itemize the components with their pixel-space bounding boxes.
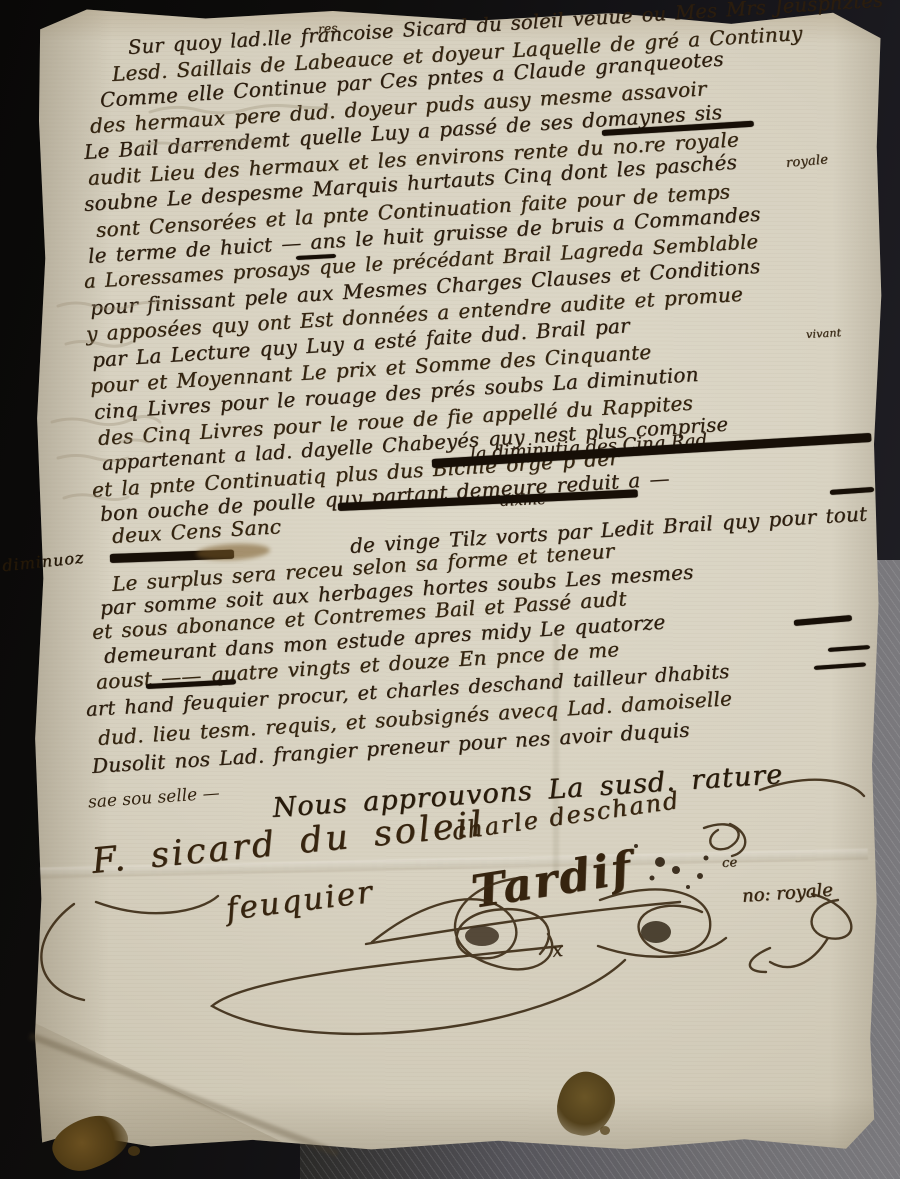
feuquier-ink-blob — [465, 926, 499, 946]
ink-flourishes — [0, 0, 900, 1179]
approval-tail-swash — [760, 780, 864, 796]
signature-under-swash — [212, 946, 625, 1034]
ink-blot-cluster — [634, 844, 709, 889]
royal-flourish — [812, 894, 852, 939]
deschand-flourish — [704, 824, 745, 856]
tardif-ink-blob — [641, 921, 671, 943]
bleedthrough-ghost-writing — [52, 106, 328, 500]
feuquier-paraph-strike — [366, 902, 680, 944]
c-swash — [750, 948, 770, 972]
left-bracket-swash — [41, 904, 84, 1000]
photograph-of-manuscript: diminuoz sae sou selle — Nous approuvons… — [0, 0, 900, 1179]
royal-flourish-tail — [770, 938, 828, 967]
sicard-underline-swash — [96, 896, 218, 913]
